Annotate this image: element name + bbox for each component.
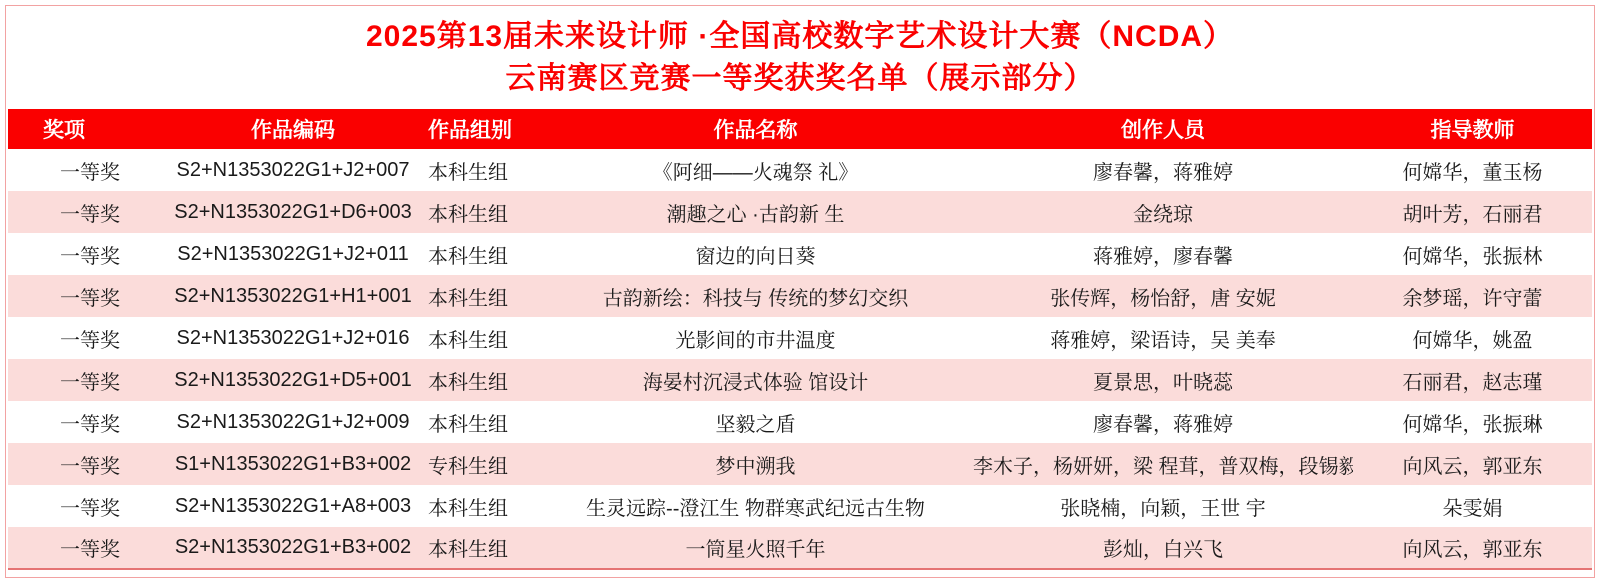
table-cell: 朵雯娟 [1353,485,1592,527]
table-cell: 潮趣之心 ·古韵新 生 [538,191,973,233]
table-cell: 彭灿，白兴飞 [973,527,1353,569]
table-cell: 生灵远踪--澄江生 物群寒武纪远古生物 [538,485,973,527]
table-cell: 金绕琼 [973,191,1353,233]
table-cell: 梦中溯我 [538,443,973,485]
table-cell: 窗边的向日葵 [538,233,973,275]
table-cell: 本科生组 [428,527,538,569]
table-cell: 一等奖 [8,527,158,569]
table-header: 奖项 作品编码 作品组别 作品名称 创作人员 指导教师 [8,109,1592,149]
table-row: 一等奖S2+N1353022G1+A8+003本科生组生灵远踪--澄江生 物群寒… [8,485,1592,527]
table-cell: 坚毅之盾 [538,401,973,443]
table-row: 一等奖S2+N1353022G1+J2+011本科生组窗边的向日葵蒋雅婷，廖春馨… [8,233,1592,275]
table-cell: 李木子，杨妍妍，梁 程茸，普双梅，段锡毅，石娇 [973,443,1353,485]
page-title-line2: 云南赛区竞赛一等奖获奖名单（展示部分） [0,58,1600,100]
column-header-advisors: 指导教师 [1353,109,1592,149]
table-cell: 廖春馨，蒋雅婷 [973,149,1353,191]
table-cell: 一等奖 [8,149,158,191]
table-cell: 一等奖 [8,275,158,317]
column-header-creators: 创作人员 [973,109,1353,149]
table-cell: 本科生组 [428,401,538,443]
table-cell: 蒋雅婷，廖春馨 [973,233,1353,275]
table-cell: 海晏村沉浸式体验 馆设计 [538,359,973,401]
table-cell: 张晓楠，向颖，王世 宇 [973,485,1353,527]
table-cell: 古韵新绘：科技与 传统的梦幻交织 [538,275,973,317]
table-cell: 蒋雅婷，梁语诗，吴 美奉 [973,317,1353,359]
table-cell: 本科生组 [428,485,538,527]
table-cell: 一等奖 [8,317,158,359]
table-cell: 一筒星火照千年 [538,527,973,569]
table-row: 一等奖S2+N1353022G1+B3+002本科生组一筒星火照千年彭灿，白兴飞… [8,527,1592,569]
table-cell: S2+N1353022G1+J2+011 [158,233,428,275]
table-cell: S2+N1353022G1+H1+001 [158,275,428,317]
table-cell: S2+N1353022G1+A8+003 [158,485,428,527]
table-row: 一等奖S2+N1353022G1+J2+016本科生组光影间的市井温度蒋雅婷，梁… [8,317,1592,359]
table-cell: 专科生组 [428,443,538,485]
table-cell: 胡叶芳，石丽君 [1353,191,1592,233]
table-cell: 廖春馨，蒋雅婷 [973,401,1353,443]
table-body: 一等奖S2+N1353022G1+J2+007本科生组《阿细——火魂祭 礼》廖春… [8,149,1592,569]
table-cell: S2+N1353022G1+D6+003 [158,191,428,233]
table-cell: 张传辉，杨怡舒，唐 安妮 [973,275,1353,317]
table-cell: 一等奖 [8,443,158,485]
table-cell: 向风云，郭亚东 [1353,443,1592,485]
table-cell: S2+N1353022G1+D5+001 [158,359,428,401]
table-cell: 本科生组 [428,317,538,359]
table-cell: 石丽君，赵志瑾 [1353,359,1592,401]
table-cell: 光影间的市井温度 [538,317,973,359]
table-cell: 夏景思，叶晓蕊 [973,359,1353,401]
table-cell: S2+N1353022G1+J2+009 [158,401,428,443]
award-table: 奖项 作品编码 作品组别 作品名称 创作人员 指导教师 一等奖S2+N13530… [8,109,1592,570]
column-header-work-title: 作品名称 [538,109,973,149]
table-cell: 本科生组 [428,275,538,317]
table-cell: 一等奖 [8,359,158,401]
table-header-row: 奖项 作品编码 作品组别 作品名称 创作人员 指导教师 [8,109,1592,149]
table-row: 一等奖S2+N1353022G1+D6+003本科生组潮趣之心 ·古韵新 生金绕… [8,191,1592,233]
table-cell: 何嫦华，张振琳 [1353,401,1592,443]
table-row: 一等奖S2+N1353022G1+H1+001本科生组古韵新绘：科技与 传统的梦… [8,275,1592,317]
table-row: 一等奖S2+N1353022G1+J2+007本科生组《阿细——火魂祭 礼》廖春… [8,149,1592,191]
table-cell: 一等奖 [8,485,158,527]
table-cell: 余梦瑶，许守蕾 [1353,275,1592,317]
table-row: 一等奖S1+N1353022G1+B3+002专科生组梦中溯我李木子，杨妍妍，梁… [8,443,1592,485]
page-title-line1: 2025第13届未来设计师 ·全国高校数字艺术设计大赛（NCDA） [0,16,1600,58]
table-cell: S1+N1353022G1+B3+002 [158,443,428,485]
table-row: 一等奖S2+N1353022G1+D5+001本科生组海晏村沉浸式体验 馆设计夏… [8,359,1592,401]
table-cell: 本科生组 [428,191,538,233]
column-header-award: 奖项 [8,109,158,149]
table-row: 一等奖S2+N1353022G1+J2+009本科生组坚毅之盾廖春馨，蒋雅婷何嫦… [8,401,1592,443]
table-cell: 一等奖 [8,233,158,275]
table-cell: 《阿细——火魂祭 礼》 [538,149,973,191]
table-cell: 何嫦华，董玉杨 [1353,149,1592,191]
table-cell: S2+N1353022G1+B3+002 [158,527,428,569]
table-cell: 一等奖 [8,191,158,233]
table-cell: S2+N1353022G1+J2+016 [158,317,428,359]
table-cell: S2+N1353022G1+J2+007 [158,149,428,191]
page-title: 2025第13届未来设计师 ·全国高校数字艺术设计大赛（NCDA） 云南赛区竞赛… [0,0,1600,100]
table-cell: 何嫦华，姚盈 [1353,317,1592,359]
table-cell: 本科生组 [428,149,538,191]
table-cell: 本科生组 [428,359,538,401]
column-header-work-code: 作品编码 [158,109,428,149]
table-cell: 一等奖 [8,401,158,443]
table-cell: 本科生组 [428,233,538,275]
table-cell: 何嫦华，张振林 [1353,233,1592,275]
table-cell: 向风云，郭亚东 [1353,527,1592,569]
column-header-group: 作品组别 [428,109,538,149]
